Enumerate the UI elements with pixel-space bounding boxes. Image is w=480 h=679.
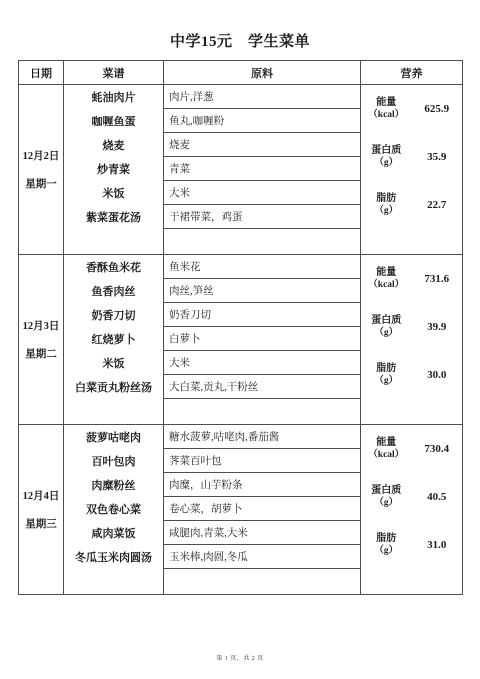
nutrition-band: 能量（kcal）625.9 [361,85,462,133]
empty-ingredient-row [164,399,360,424]
table-header-row: 日期 菜谱 原料 营养 [19,61,462,85]
empty-ingredient-row [164,229,360,254]
date-text: 12月2日 [23,148,60,163]
menu-table: 日期 菜谱 原料 营养 12月2日星期一蚝油肉片咖喱鱼蛋烧麦炒青菜米饭紫菜蛋花汤… [18,60,463,595]
nutrient-name: 脂肪 [361,532,412,545]
nutrition-value: 730.4 [412,443,463,455]
ingredient-row: 大白菜,贡丸,干粉丝 [164,375,360,399]
ingredient-row: 白萝卜 [164,327,360,351]
nutrition-band: 能量（kcal）730.4 [361,425,462,473]
nutrient-unit: （g） [361,545,412,557]
dish-name: 菠萝咕咾肉 [64,425,163,449]
weekday-text: 星期二 [25,346,57,361]
dish-name: 双色卷心菜 [64,497,163,521]
dish-name: 香酥鱼米花 [64,255,163,279]
nutrient-unit: （kcal） [361,449,412,461]
ingredient-row: 糖水菠萝,咕咾肉,番茄酱 [164,425,360,449]
column-header-nutrition: 营养 [361,61,462,84]
nutrition-label: 能量（kcal） [361,96,412,121]
day-block: 12月2日星期一蚝油肉片咖喱鱼蛋烧麦炒青菜米饭紫菜蛋花汤肉片,洋葱鱼丸,咖喱粉烧… [19,85,462,255]
dish-name: 肉糜粉丝 [64,473,163,497]
dishes-cell: 香酥鱼米花鱼香肉丝奶香刀切红烧萝卜米饭白菜贡丸粉丝汤 [64,255,164,424]
dish-name: 蚝油肉片 [64,85,163,109]
nutrition-band: 蛋白质（g）40.5 [361,473,462,521]
ingredient-row: 卷心菜，胡萝卜 [164,497,360,521]
date-cell: 12月2日星期一 [19,85,64,254]
ingredient-row: 肉丝,笋丝 [164,279,360,303]
column-header-date: 日期 [19,61,64,84]
nutrient-unit: （g） [361,375,412,387]
date-text: 12月3日 [23,318,60,333]
ingredient-row: 咸腿肉,青菜,大米 [164,521,360,545]
day-block: 12月3日星期二香酥鱼米花鱼香肉丝奶香刀切红烧萝卜米饭白菜贡丸粉丝汤鱼米花肉丝,… [19,255,462,425]
date-cell: 12月4日星期三 [19,425,64,594]
dish-name: 冬瓜玉米肉圆汤 [64,545,163,569]
dish-name: 咸肉菜饭 [64,521,163,545]
ingredient-row: 鱼丸,咖喱粉 [164,109,360,133]
nutrition-label: 脂肪（g） [361,532,412,557]
ingredient-row: 大米 [164,351,360,375]
nutrient-name: 蛋白质 [361,144,412,157]
ingredients-cell: 糖水菠萝,咕咾肉,番茄酱荠菜百叶包肉糜，山芋粉条卷心菜，胡萝卜咸腿肉,青菜,大米… [164,425,361,594]
empty-ingredient-row [164,569,360,594]
ingredient-row: 奶香刀切 [164,303,360,327]
day-block: 12月4日星期三菠萝咕咾肉百叶包肉肉糜粉丝双色卷心菜咸肉菜饭冬瓜玉米肉圆汤糖水菠… [19,425,462,594]
ingredient-row: 干裙带菜，鸡蛋 [164,205,360,229]
dish-name: 白菜贡丸粉丝汤 [64,375,163,399]
nutrition-value: 35.9 [412,151,463,163]
nutrition-band: 能量（kcal）731.6 [361,255,462,303]
dishes-cell: 菠萝咕咾肉百叶包肉肉糜粉丝双色卷心菜咸肉菜饭冬瓜玉米肉圆汤 [64,425,164,594]
nutrition-band: 蛋白质（g）35.9 [361,133,462,181]
dish-name: 炒青菜 [64,157,163,181]
weekday-text: 星期一 [25,176,57,191]
dish-name: 紫菜蛋花汤 [64,205,163,229]
nutrient-name: 脂肪 [361,192,412,205]
nutrient-name: 能量 [361,266,412,279]
nutrient-unit: （kcal） [361,279,412,291]
dishes-cell: 蚝油肉片咖喱鱼蛋烧麦炒青菜米饭紫菜蛋花汤 [64,85,164,254]
ingredient-row: 大米 [164,181,360,205]
nutrient-unit: （g） [361,497,412,509]
dish-name: 奶香刀切 [64,303,163,327]
nutrition-value: 731.6 [412,273,463,285]
nutrition-label: 蛋白质（g） [361,484,412,509]
nutrition-value: 30.0 [412,369,463,381]
nutrition-label: 蛋白质（g） [361,314,412,339]
ingredient-row: 青菜 [164,157,360,181]
page-number-footer: 第 1 页，共 2 页 [0,653,480,662]
nutrient-unit: （g） [361,205,412,217]
nutrient-unit: （g） [361,327,412,339]
nutrition-band: 脂肪（g）22.7 [361,181,462,229]
nutrition-cell: 能量（kcal）625.9蛋白质（g）35.9脂肪（g）22.7 [361,85,462,254]
dish-name: 咖喱鱼蛋 [64,109,163,133]
ingredient-row: 鱼米花 [164,255,360,279]
nutrition-band: 蛋白质（g）39.9 [361,303,462,351]
nutrient-unit: （kcal） [361,109,412,121]
date-text: 12月4日 [23,488,60,503]
dish-name: 鱼香肉丝 [64,279,163,303]
dish-name: 红烧萝卜 [64,327,163,351]
ingredient-row: 荠菜百叶包 [164,449,360,473]
ingredient-row: 肉糜，山芋粉条 [164,473,360,497]
dish-name: 米饭 [64,351,163,375]
weekday-text: 星期三 [25,516,57,531]
nutrient-unit: （g） [361,157,412,169]
nutrition-value: 39.9 [412,321,463,333]
dish-name: 米饭 [64,181,163,205]
nutrition-label: 脂肪（g） [361,362,412,387]
ingredient-row: 肉片,洋葱 [164,85,360,109]
nutrition-value: 40.5 [412,491,463,503]
nutrition-label: 蛋白质（g） [361,144,412,169]
nutrition-label: 能量（kcal） [361,266,412,291]
dish-name: 百叶包肉 [64,449,163,473]
nutrition-value: 22.7 [412,199,463,211]
ingredients-cell: 鱼米花肉丝,笋丝奶香刀切白萝卜大米大白菜,贡丸,干粉丝 [164,255,361,424]
table-body: 12月2日星期一蚝油肉片咖喱鱼蛋烧麦炒青菜米饭紫菜蛋花汤肉片,洋葱鱼丸,咖喱粉烧… [19,85,462,594]
nutrition-band: 脂肪（g）30.0 [361,351,462,399]
nutrition-label: 脂肪（g） [361,192,412,217]
ingredients-cell: 肉片,洋葱鱼丸,咖喱粉烧麦青菜大米干裙带菜，鸡蛋 [164,85,361,254]
nutrient-name: 能量 [361,96,412,109]
nutrient-name: 脂肪 [361,362,412,375]
nutrition-value: 625.9 [412,103,463,115]
date-cell: 12月3日星期二 [19,255,64,424]
dish-name: 烧麦 [64,133,163,157]
column-header-ingredients: 原料 [164,61,361,84]
column-header-menu: 菜谱 [64,61,164,84]
nutrient-name: 能量 [361,436,412,449]
page-title: 中学15元 学生菜单 [0,30,480,51]
nutrition-cell: 能量（kcal）730.4蛋白质（g）40.5脂肪（g）31.0 [361,425,462,594]
nutrient-name: 蛋白质 [361,484,412,497]
nutrition-band: 脂肪（g）31.0 [361,521,462,569]
ingredient-row: 烧麦 [164,133,360,157]
nutrition-cell: 能量（kcal）731.6蛋白质（g）39.9脂肪（g）30.0 [361,255,462,424]
nutrition-value: 31.0 [412,539,463,551]
ingredient-row: 玉米棒,肉圆,冬瓜 [164,545,360,569]
nutrient-name: 蛋白质 [361,314,412,327]
nutrition-label: 能量（kcal） [361,436,412,461]
